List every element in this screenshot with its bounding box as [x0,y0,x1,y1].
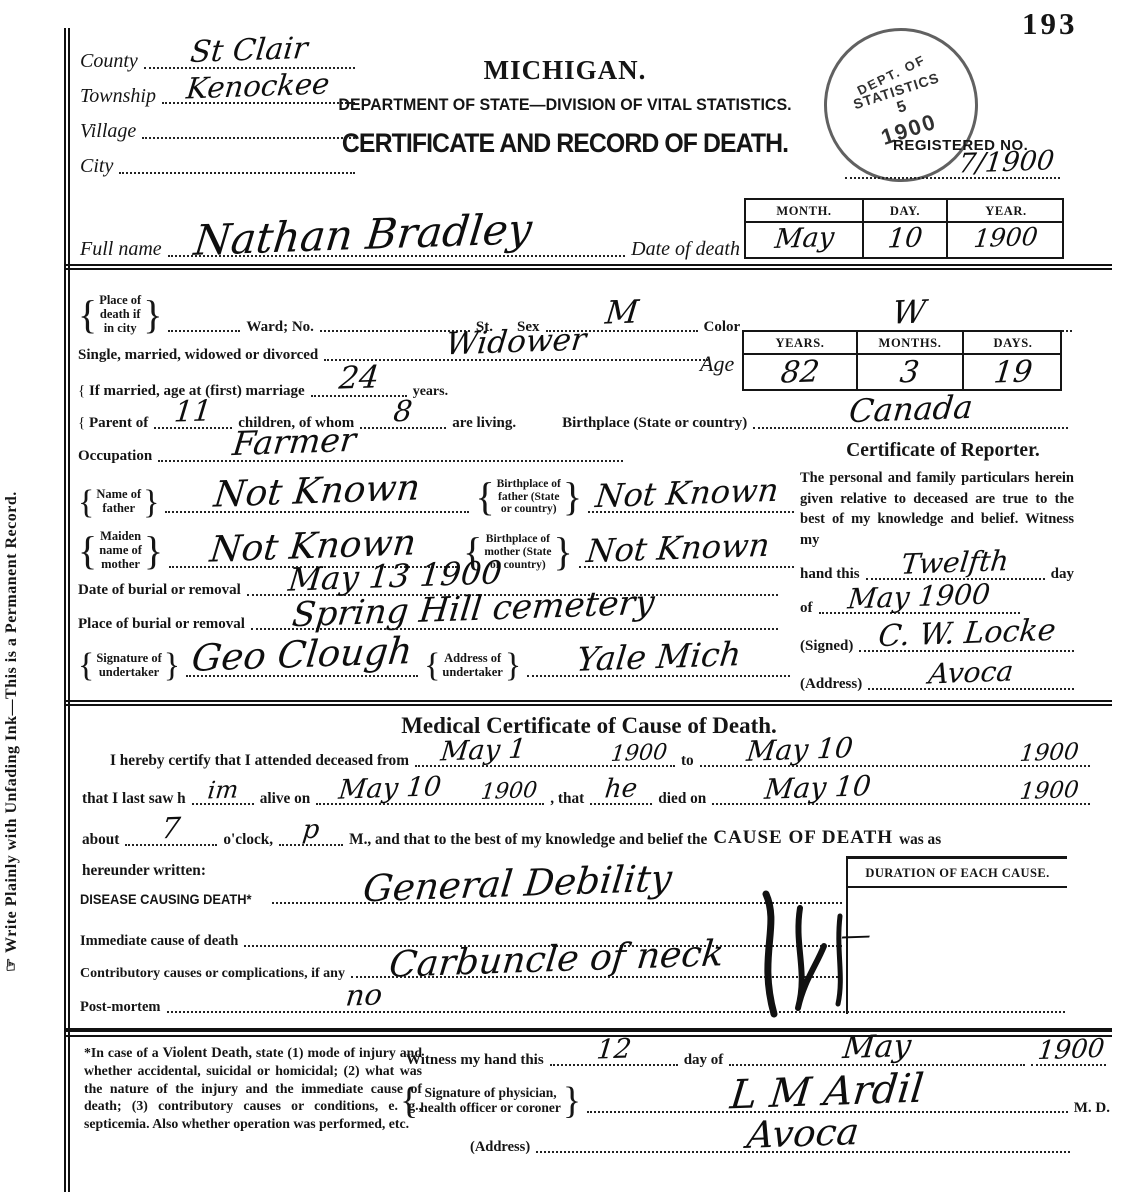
postmortem-line: no [167,1010,1065,1013]
mother-bp-label-1: Birthplace of [484,533,551,546]
undertaker-sig-label-2: undertaker [96,666,161,680]
dod-year-value: 1900 [973,222,1040,253]
died-on-year: 1900 [1019,777,1081,805]
undertaker-sig-label-1: Signature of [96,652,161,666]
father-bp-label-1: Birthplace of [497,478,561,491]
living-label: are living. [452,415,516,432]
physician-address-line: Avoca [536,1150,1070,1153]
father-bp-label-2: father (State [497,491,561,504]
reporter-day-label: day [1051,566,1074,583]
reporter-of-value: May 1900 [847,577,992,615]
death-certificate-page: { "colors": { "paper": "#ffffff", "ink":… [0,0,1125,1198]
dod-year-cell: 1900 [948,223,1064,257]
age-col-months: MONTHS. [858,332,964,355]
dod-month-value: May [773,222,836,255]
attended-to-year: 1900 [1018,739,1080,767]
undertaker-sig-line: Geo Clough [186,674,418,677]
died-on-value: May 10 [763,769,873,806]
dod-col-year: YEAR. [948,200,1064,223]
reporter-of-label: of [800,600,813,617]
brace-open [78,652,94,679]
attended-from-line: May 1 1900 [415,764,675,767]
reporter-address-label: (Address) [800,676,862,693]
village-label: Village [80,120,136,142]
bottom-thin-rule [66,1035,1112,1037]
father-bp-brace-group: Birthplace of father (State or country) [475,478,582,516]
dod-month-cell: May [746,223,864,257]
physician-address-label: (Address) [470,1140,530,1156]
reporter-signed-label: (Signed) [800,638,853,655]
age-days-cell: 19 [964,355,1062,389]
mother-label-3: mother [99,558,142,572]
marital-line: Widower [324,358,708,361]
color-value: W [891,293,928,332]
father-label-2: father [96,502,141,516]
dod-col-day: DAY. [864,200,948,223]
postmortem-label: Post-mortem [80,1000,161,1016]
reporter-hand-label: hand this [800,566,860,583]
disease-label: DISEASE CAUSING DEATH* [80,892,252,907]
saw-on-line: May 10 1900 [316,802,544,805]
birthplace-line: Canada [753,426,1068,429]
father-bp-line: Not Known [588,510,794,513]
date-of-death-table: MONTH. DAY. YEAR. May 10 1900 [744,198,1064,259]
brace-open [78,489,94,516]
reporter-address-row: (Address) Avoca [800,676,1074,693]
saw-on-value: May 10 [337,771,443,806]
him-value: im [206,775,240,804]
hour-value: 7 [160,811,182,846]
burial-place-label: Place of burial or removal [78,616,245,633]
place-label-3: in city [99,322,141,336]
footnote-bold: Violent Death, [163,1045,252,1061]
attended-from-value: May 1 [439,734,527,768]
witness-label: Witness my hand this [406,1052,544,1069]
reporter-of-row: of May 1900 [800,600,1020,617]
father-line: Not Known [165,510,469,513]
certify-line-2: that I last saw h im alive on May 10 190… [82,790,1090,808]
died-label: died on [658,790,706,808]
section-rule-medical [66,700,1112,706]
about-label: about [82,831,119,849]
age-label: Age [700,352,734,376]
hour-line: 7 [125,843,217,846]
reporter-signed-value: C. W. Locke [876,612,1057,653]
footnote-pre: *In case of a [84,1045,163,1060]
physician-sig-label-1: Signature of physician, [420,1086,561,1101]
birthplace-value: Canada [847,387,974,429]
medical-heading: Medical Certificate of Cause of Death. [66,713,1112,739]
father-bp-label-3: or country) [497,503,561,516]
mother-bp-value: Not Known [585,526,772,570]
witness-day-value: 12 [595,1033,633,1065]
witness-row: Witness my hand this 12 day of May 1900 [406,1052,1106,1069]
reporter-body: The personal and family particulars here… [800,468,1074,550]
marital-label: Single, married, widowed or divorced [78,347,318,364]
burial-date-label: Date of burial or removal [78,582,241,599]
violent-death-footnote: *In case of a Violent Death, state (1) m… [84,1044,422,1132]
certify-line-3: about 7 o'clock, p M., and that to the b… [82,827,1090,849]
city-label: City [80,155,113,177]
ampm-value: p [301,815,321,846]
color-label: Color [704,319,741,336]
saw-on-year: 1900 [480,778,539,805]
birthplace-label: Birthplace (State or country) [562,415,747,432]
reporter-signed-line: C. W. Locke [859,649,1074,652]
stamp-line3: 5 [895,98,909,118]
mother-label-1: Maiden [99,530,142,544]
attended-to-line: May 10 1900 [700,764,1090,767]
village-line [142,136,355,139]
age-col-days: DAYS. [964,332,1062,355]
witness-day-line: 12 [550,1063,678,1066]
department-line: DEPARTMENT OF STATE—DIVISION OF VITAL ST… [325,96,804,115]
undertaker-addr-label-2: undertaker [442,666,502,680]
reporter-address-value: Avoca [927,654,1015,690]
age-years-value: 82 [779,354,821,390]
brace-close [143,489,159,516]
reporter-of-line: May 1900 [819,611,1021,614]
age-months-value: 3 [899,355,922,391]
witness-month-line: May [729,1063,1025,1066]
belief-label: M., and that to the best of my knowledge… [349,831,707,849]
undertaker-addr-value: Yale Mich [574,634,742,679]
disease-value: General Debility [361,857,674,911]
marital-row: Single, married, widowed or divorced Wid… [78,347,708,364]
undertaker-addr-brace-group: Address of undertaker [424,652,521,680]
children-total-line: 11 [154,426,232,429]
physician-sig-label-2: health officer or coroner [420,1101,561,1116]
occupation-value: Farmer [230,419,357,462]
ink-scrawl-decoration [728,886,878,1026]
witness-year-value: 1900 [1036,1033,1106,1065]
registered-no-value: 7/1900 [957,145,1056,179]
certify-label: I hereby certify that I attended decease… [110,752,409,770]
he-line: he [590,802,652,805]
dod-col-month: MONTH. [746,200,864,223]
village-row: Village [80,120,355,142]
brace-open [78,299,97,331]
him-line: im [192,802,254,805]
marriage-suffix: years. [413,384,448,399]
age-table: YEARS. MONTHS. DAYS. 82 3 19 [742,330,1062,391]
brace-close [563,481,582,513]
marriage-value: 24 [337,359,380,396]
father-bp-value: Not Known [594,471,781,515]
marriage-line: 24 [311,394,407,397]
brace-close [164,652,180,679]
undertaker-sig-value: Geo Clough [190,629,415,680]
date-of-death-label: Date of death [631,238,740,260]
form-left-border [64,28,70,1192]
duration-box: DURATION OF EACH CAUSE. — [846,856,1067,1014]
brace-open [424,652,440,679]
physician-address-row: (Address) Avoca [470,1140,1070,1156]
township-value: Kenockee [185,67,332,106]
brace-open [475,481,494,513]
postmortem-value: no [344,977,384,1012]
witness-year-line: 1900 [1031,1063,1106,1066]
city-row: City [80,155,355,177]
attended-from-year: 1900 [610,740,669,767]
township-label: Township [80,85,156,107]
marital-value: Widower [444,321,588,362]
age-days-value: 19 [992,354,1034,390]
burial-place-row: Place of burial or removal Spring Hill c… [78,616,778,633]
place-label-2: death if [99,308,141,322]
reporter-signed-row: (Signed) C. W. Locke [800,638,1074,655]
reporter-hand-value: Twelfth [900,544,1011,581]
md-label: M. D. [1074,1100,1110,1117]
burial-place-line: Spring Hill cemetery [251,627,778,630]
children-living-line: 8 [360,426,446,429]
witness-dayof-label: day of [684,1052,724,1069]
full-name-value: Nathan Bradley [192,204,535,265]
sex-value: M [603,293,640,332]
township-row: Township Kenockee [80,85,355,107]
brace-close [143,299,162,331]
age-col-years: YEARS. [744,332,858,355]
father-value: Not Known [212,467,422,515]
father-brace-group: Name of father [78,488,159,516]
brace-close [553,536,572,568]
place-label-1: Place of [99,294,141,308]
brace-open [400,1086,418,1116]
ampm-line: p [279,843,343,846]
page-number: 193 [1022,6,1078,42]
certify-line-1: I hereby certify that I attended decease… [110,752,1090,770]
bottom-heavy-rule [66,1028,1112,1032]
age-years-cell: 82 [744,355,858,389]
county-label: County [80,50,138,72]
children-total-value: 11 [173,393,214,428]
hereunder-label: hereunder written: [82,862,206,880]
place-line [168,329,240,332]
county-value: St Clair [189,31,310,70]
full-name-line: Nathan Bradley [168,254,625,257]
registered-no-line: 7/1900 [845,176,1060,179]
was-as-label: was as [899,831,941,849]
undertaker-addr-label-1: Address of [442,652,502,666]
brace-close [563,1086,581,1116]
attended-to-value: May 10 [745,731,855,768]
place-brace-group: Place of death if in city [78,294,162,335]
that-label: , that [550,790,584,808]
father-row: Name of father Not Known Birthplace of f… [78,478,794,516]
mother-label-2: name of [99,544,142,558]
city-line [119,171,355,174]
state-title: MICHIGAN. [330,55,800,86]
immediate-cause-label: Immediate cause of death [80,934,238,950]
died-on-line: May 10 1900 [712,802,1090,805]
age-months-cell: 3 [858,355,964,389]
undertaker-addr-line: Yale Mich [527,674,790,677]
full-name-label: Full name [80,238,162,260]
reporter-heading: Certificate of Reporter. [808,440,1078,462]
saw-label: that I last saw h [82,790,186,808]
physician-address-value: Avoca [745,1110,861,1157]
section-rule-top [66,264,1112,270]
physician-signature-row: Signature of physician, health officer o… [400,1086,1110,1116]
father-label-1: Name of [96,488,141,502]
postmortem-row: Post-mortem no [80,1000,1065,1016]
physician-sig-brace-group: Signature of physician, health officer o… [400,1086,581,1116]
dod-day-value: 10 [886,222,924,254]
undertaker-sig-brace-group: Signature of undertaker [78,652,180,680]
ward-label: Ward; No. [246,319,314,336]
full-name-row: Full name Nathan Bradley Date of death [80,238,740,260]
undertaker-row: Signature of undertaker Geo Clough Addre… [78,652,790,680]
doc-title: CERTIFICATE AND RECORD OF DEATH. [338,128,792,159]
to-label: to [681,752,694,770]
oclock-label: o'clock, [223,831,273,849]
alive-label: alive on [260,790,311,808]
margin-note: ☞ Write Plainly with Unfading Ink—This i… [2,232,32,972]
mother-bp-line: Not Known [579,565,794,568]
he-value: he [604,773,639,804]
dod-day-cell: 10 [864,223,948,257]
children-living-value: 8 [392,393,414,428]
brace-open [78,535,97,567]
reporter-address-line: Avoca [868,687,1074,690]
brace-close [505,652,521,679]
occupation-row: Occupation Farmer [78,448,623,465]
brace-close [144,535,163,567]
occupation-line: Farmer [158,459,623,462]
witness-month-value: May [841,1027,913,1065]
marriage-row: If married, age at (first) marriage 24 y… [78,383,508,400]
occupation-label: Occupation [78,448,152,465]
contributory-label: Contributory causes or complications, if… [80,966,345,981]
cause-of-death-label: CAUSE OF DEATH [713,827,893,849]
parent-row: Parent of 11 children, of whom 8 are liv… [78,415,1068,432]
duration-heading: DURATION OF EACH CAUSE. [848,859,1067,888]
mother-brace-group: Maiden name of mother [78,530,163,571]
parent-label: Parent of [78,415,148,432]
